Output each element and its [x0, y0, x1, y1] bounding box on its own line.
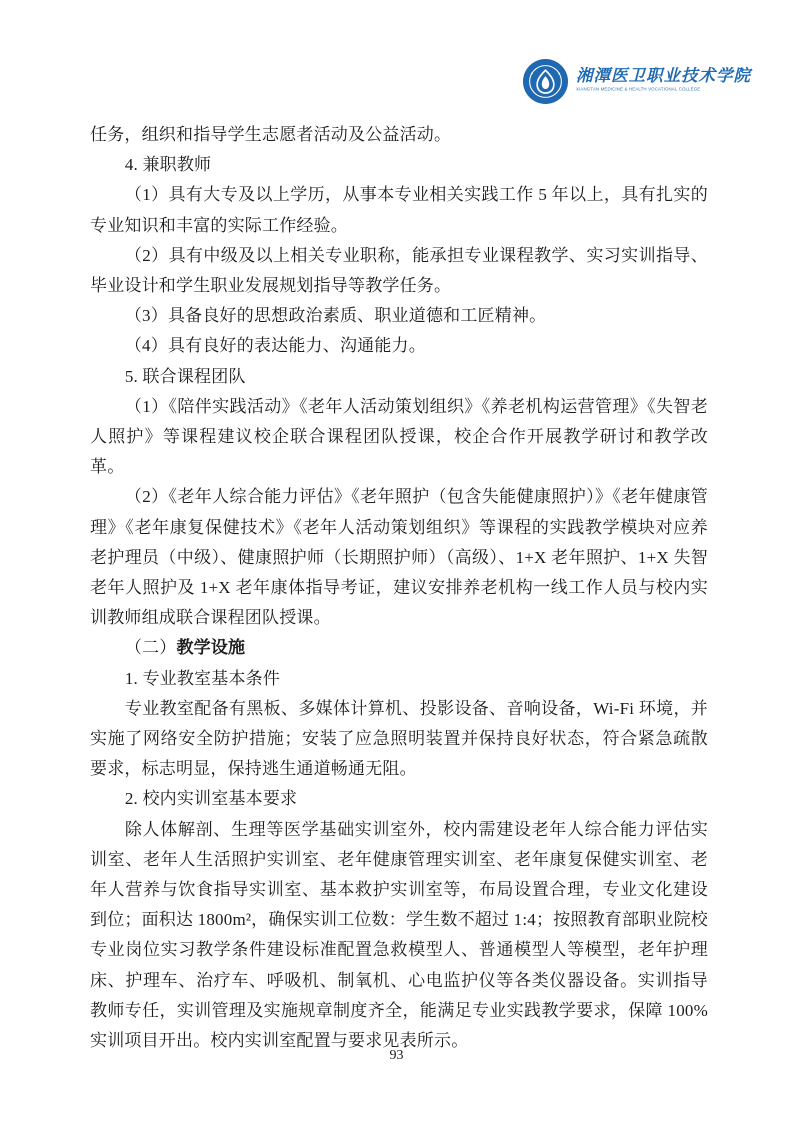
paragraph: （1）具有大专及以上学历，从事本专业相关实践工作 5 年以上，具有扎实的专业知识… — [90, 180, 708, 240]
heading-number: （二） — [125, 638, 177, 657]
paragraph: 1. 专业教室基本条件 — [90, 664, 708, 694]
page-number: 93 — [390, 1048, 404, 1063]
paragraph: 2. 校内实训室基本要求 — [90, 784, 708, 814]
college-name-en: XIANGTAN MEDICINE & HEALTH VOCATIONAL CO… — [576, 87, 700, 92]
paragraph: （2）具有中级及以上相关专业职称，能承担专业课程教学、实习实训指导、毕业设计和学… — [90, 241, 708, 301]
heading-title: 教学设施 — [176, 638, 245, 657]
paragraph: 除人体解剖、生理等医学基础实训室外，校内需建设老年人综合能力评估实训室、老年人生… — [90, 815, 708, 1057]
college-name-zh: 湘潭医卫职业技术学院 — [576, 66, 793, 86]
paragraph: 5. 联合课程团队 — [90, 362, 708, 392]
college-logo-text: 湘潭医卫职业技术学院 XIANGTAN MEDICINE & HEALTH VO… — [576, 66, 793, 98]
document-body: 任务，组织和指导学生志愿者活动及公益活动。4. 兼职教师（1）具有大专及以上学历… — [90, 120, 708, 1056]
paragraph: （3）具备良好的思想政治素质、职业道德和工匠精神。 — [90, 301, 708, 331]
section-heading: （二）教学设施 — [90, 633, 708, 663]
paragraph: （4）具有良好的表达能力、沟通能力。 — [90, 331, 708, 361]
paragraph: （1）《陪伴实践活动》《老年人活动策划组织》《养老机构运营管理》《失智老人照护》… — [90, 392, 708, 483]
college-emblem-icon — [522, 58, 569, 105]
paragraph: 4. 兼职教师 — [90, 150, 708, 180]
paragraph: （2）《老年人综合能力评估》《老年照护（包含失能健康照护）》《老年健康管理》《老… — [90, 482, 708, 633]
paragraph: 任务，组织和指导学生志愿者活动及公益活动。 — [90, 120, 708, 150]
paragraph: 专业教室配备有黑板、多媒体计算机、投影设备、音响设备，Wi-Fi 环境，并实施了… — [90, 694, 708, 785]
page-footer: 93 — [0, 1048, 793, 1064]
page-header: 湘潭医卫职业技术学院 XIANGTAN MEDICINE & HEALTH VO… — [522, 58, 793, 105]
